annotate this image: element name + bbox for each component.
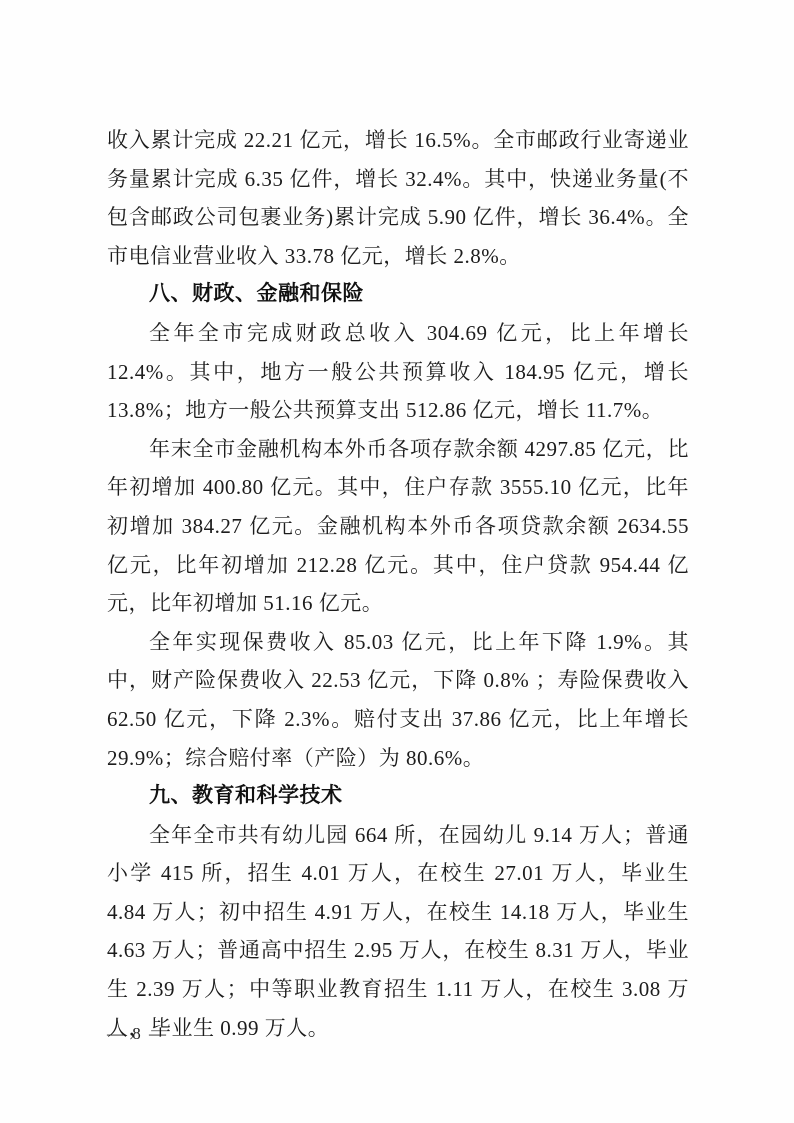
document-page: 收入累计完成 22.21 亿元，增长 16.5%。全市邮政行业寄递业务量累计完成… [0,0,794,1123]
paragraph-postal-telecom: 收入累计完成 22.21 亿元，增长 16.5%。全市邮政行业寄递业务量累计完成… [107,121,689,275]
page-number: — 8 — [107,1024,168,1043]
section-heading-education: 九、教育和科学技术 [107,777,689,816]
paragraph-education-stats: 全年全市共有幼儿园 664 所，在园幼儿 9.14 万人；普通小学 415 所，… [107,816,689,1048]
page-footer: — 8 — [107,1024,168,1044]
document-body: 收入累计完成 22.21 亿元，增长 16.5%。全市邮政行业寄递业务量累计完成… [107,121,689,1047]
paragraph-fiscal-revenue: 全年全市完成财政总收入 304.69 亿元，比上年增长 12.4%。其中，地方一… [107,314,689,430]
paragraph-deposits-loans: 年末全市金融机构本外币各项存款余额 4297.85 亿元，比年初增加 400.8… [107,430,689,623]
paragraph-insurance: 全年实现保费收入 85.03 亿元，比上年下降 1.9%。其中，财产险保费收入 … [107,623,689,777]
section-heading-finance: 八、财政、金融和保险 [107,275,689,314]
